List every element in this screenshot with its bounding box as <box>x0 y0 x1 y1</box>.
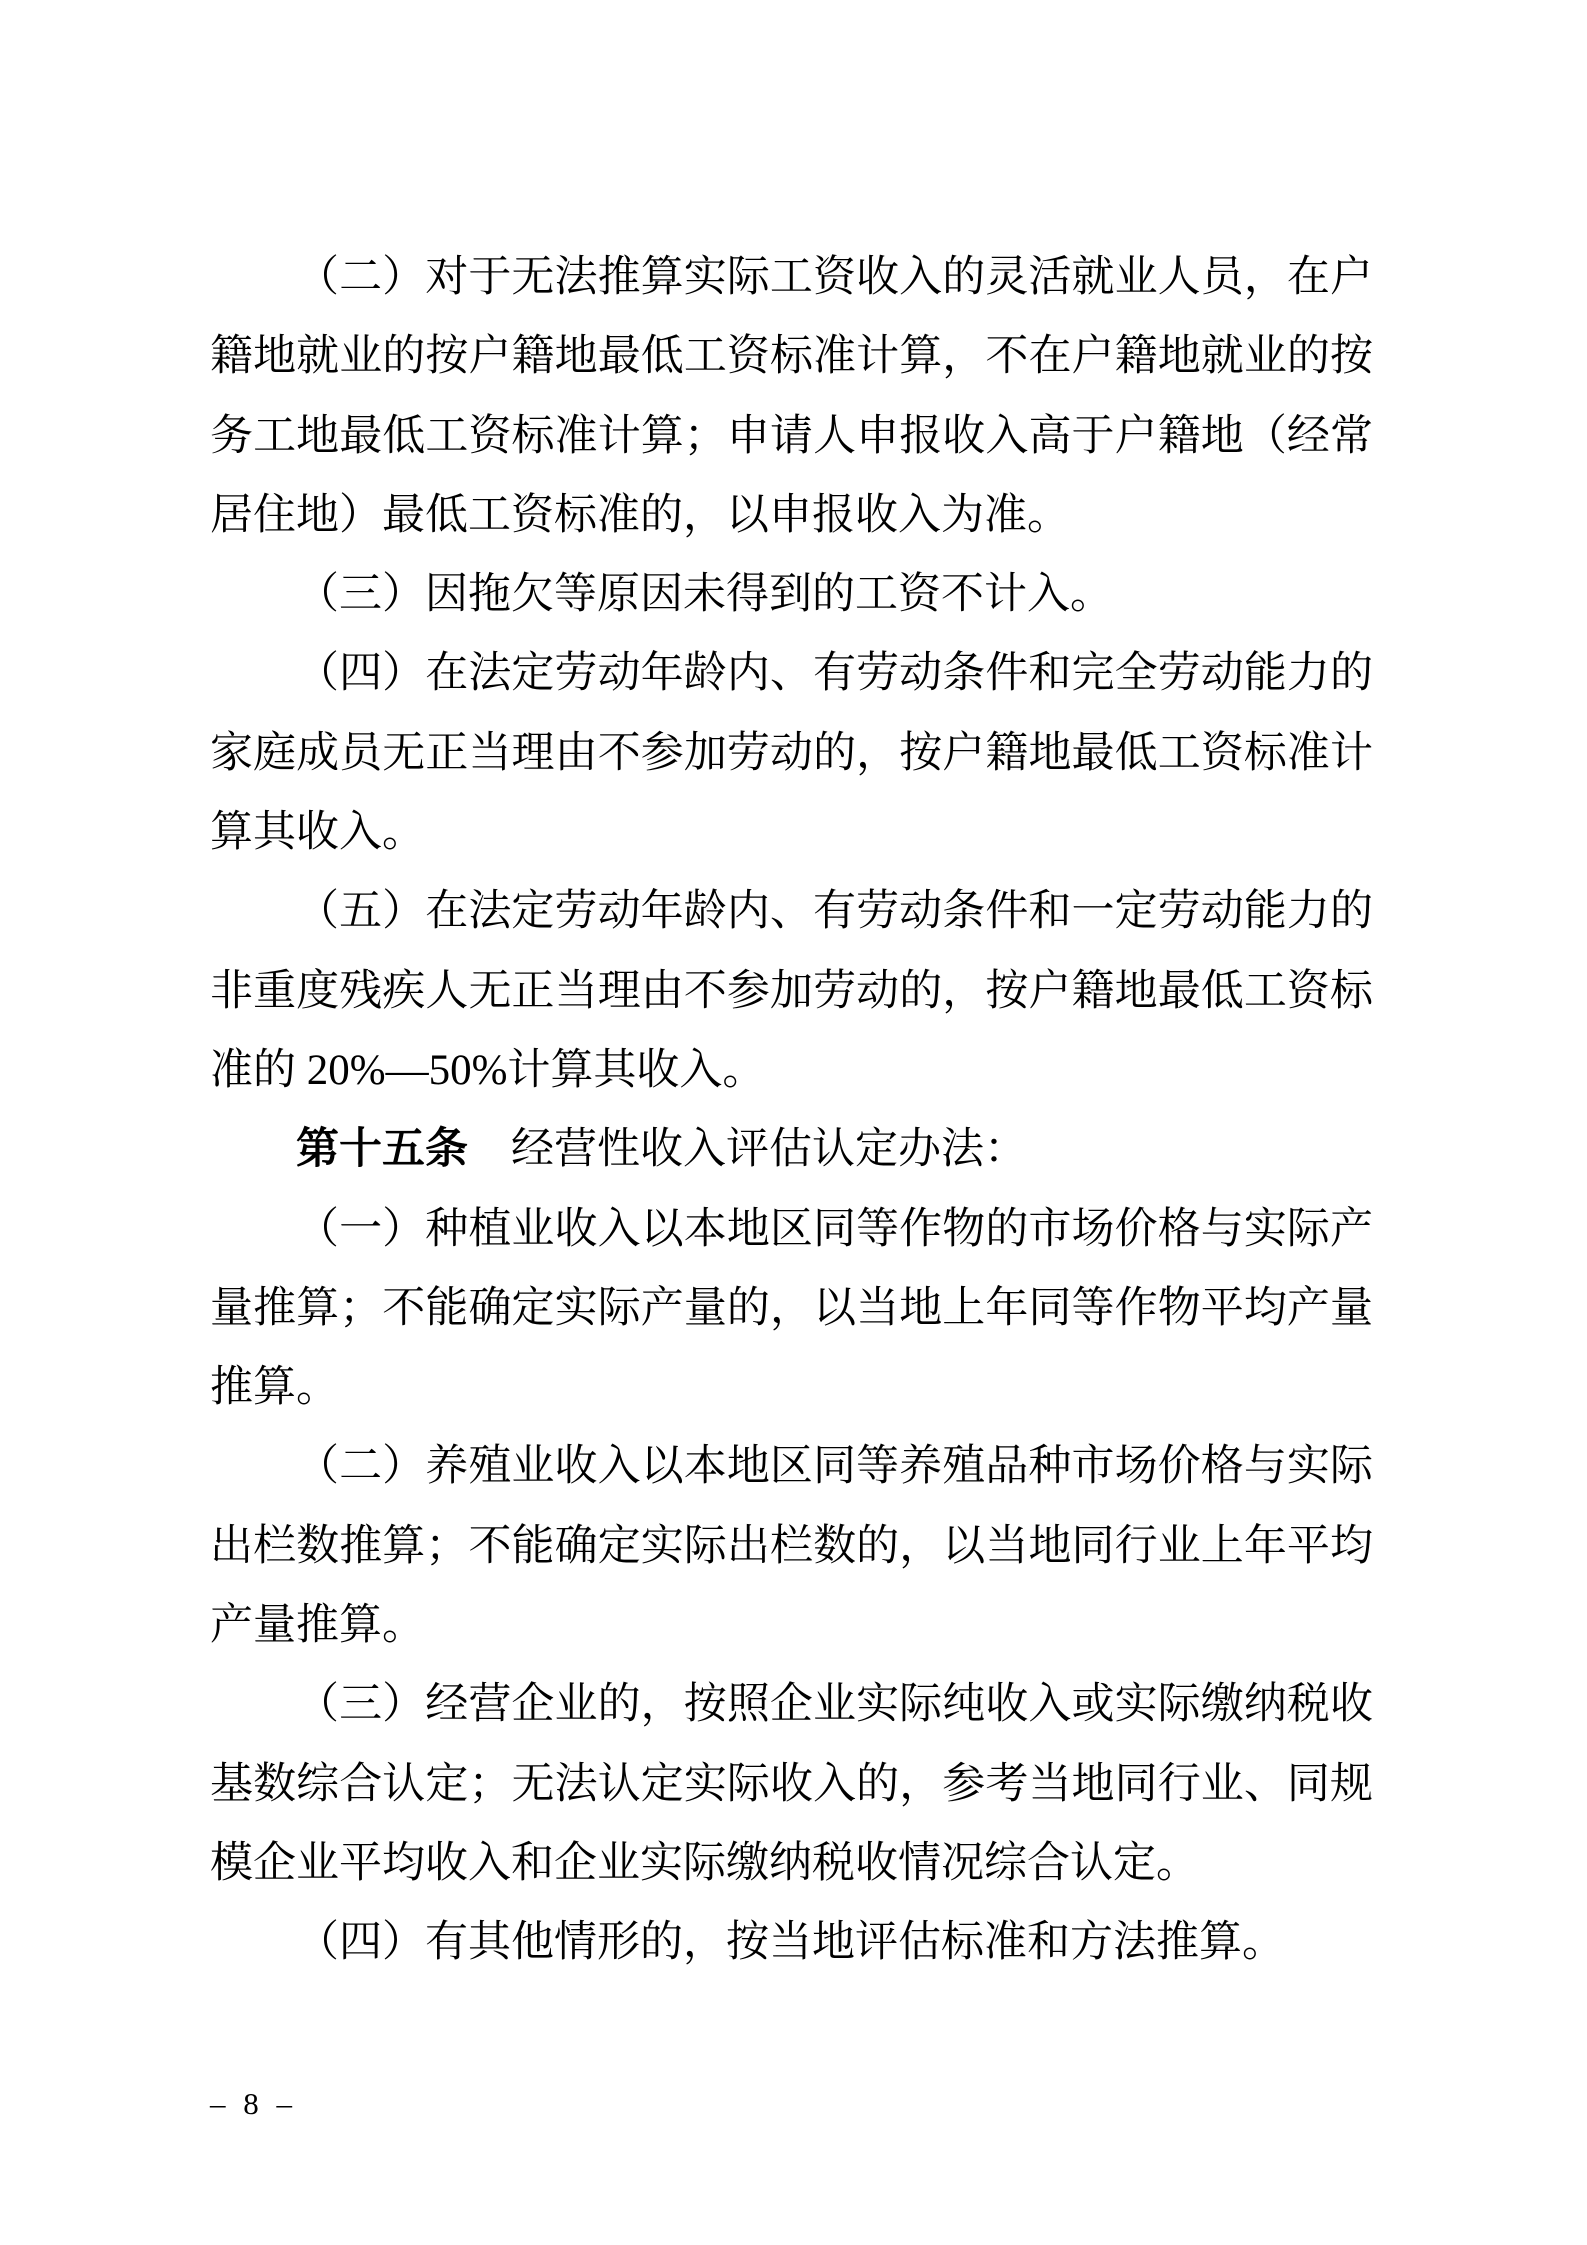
paragraph-text: （一）种植业收入以本地区同等作物的市场价格与实际产量推算；不能确定实际产量的，以… <box>210 1206 1373 1412</box>
paragraph-text: （三）经营企业的，按照企业实际纯收入或实际缴纳税收基数综合认定；无法认定实际收入… <box>210 1681 1373 1887</box>
paragraph-text: （二）养殖业收入以本地区同等养殖品种市场价格与实际出栏数推算；不能确定实际出栏数… <box>210 1443 1373 1649</box>
paragraph: （四）在法定劳动年龄内、有劳动条件和完全劳动能力的家庭成员无正当理由不参加劳动的… <box>210 634 1373 872</box>
paragraph: （五）在法定劳动年龄内、有劳动条件和一定劳动能力的非重度残疾人无正当理由不参加劳… <box>210 872 1373 1110</box>
paragraph-text: （二）对于无法推算实际工资收入的灵活就业人员，在户籍地就业的按户籍地最低工资标准… <box>210 254 1373 539</box>
paragraph: （三）因拖欠等原因未得到的工资不计入。 <box>210 555 1373 634</box>
paragraph: （三）经营企业的，按照企业实际纯收入或实际缴纳税收基数综合认定；无法认定实际收入… <box>210 1665 1373 1903</box>
paragraph: 第十五条经营性收入评估认定办法： <box>210 1110 1373 1189</box>
paragraph-text: （四）有其他情形的，按当地评估标准和方法推算。 <box>296 1919 1285 1966</box>
paragraph-text: （五）在法定劳动年龄内、有劳动条件和一定劳动能力的非重度残疾人无正当理由不参加劳… <box>210 888 1373 1094</box>
paragraph: （四）有其他情形的，按当地评估标准和方法推算。 <box>210 1903 1373 1982</box>
document-body: （二）对于无法推算实际工资收入的灵活就业人员，在户籍地就业的按户籍地最低工资标准… <box>210 238 1373 1983</box>
paragraph: （二）养殖业收入以本地区同等养殖品种市场价格与实际出栏数推算；不能确定实际出栏数… <box>210 1427 1373 1665</box>
paragraph: （一）种植业收入以本地区同等作物的市场价格与实际产量推算；不能确定实际产量的，以… <box>210 1190 1373 1428</box>
page-number: – 8 – <box>210 2086 297 2122</box>
article-number: 第十五条 <box>296 1126 468 1173</box>
paragraph: （二）对于无法推算实际工资收入的灵活就业人员，在户籍地就业的按户籍地最低工资标准… <box>210 238 1373 555</box>
paragraph-text: （四）在法定劳动年龄内、有劳动条件和完全劳动能力的家庭成员无正当理由不参加劳动的… <box>210 650 1373 856</box>
document-page: （二）对于无法推算实际工资收入的灵活就业人员，在户籍地就业的按户籍地最低工资标准… <box>0 0 1587 2245</box>
paragraph-text: 经营性收入评估认定办法： <box>511 1126 1027 1173</box>
paragraph-text: （三）因拖欠等原因未得到的工资不计入。 <box>296 571 1113 618</box>
